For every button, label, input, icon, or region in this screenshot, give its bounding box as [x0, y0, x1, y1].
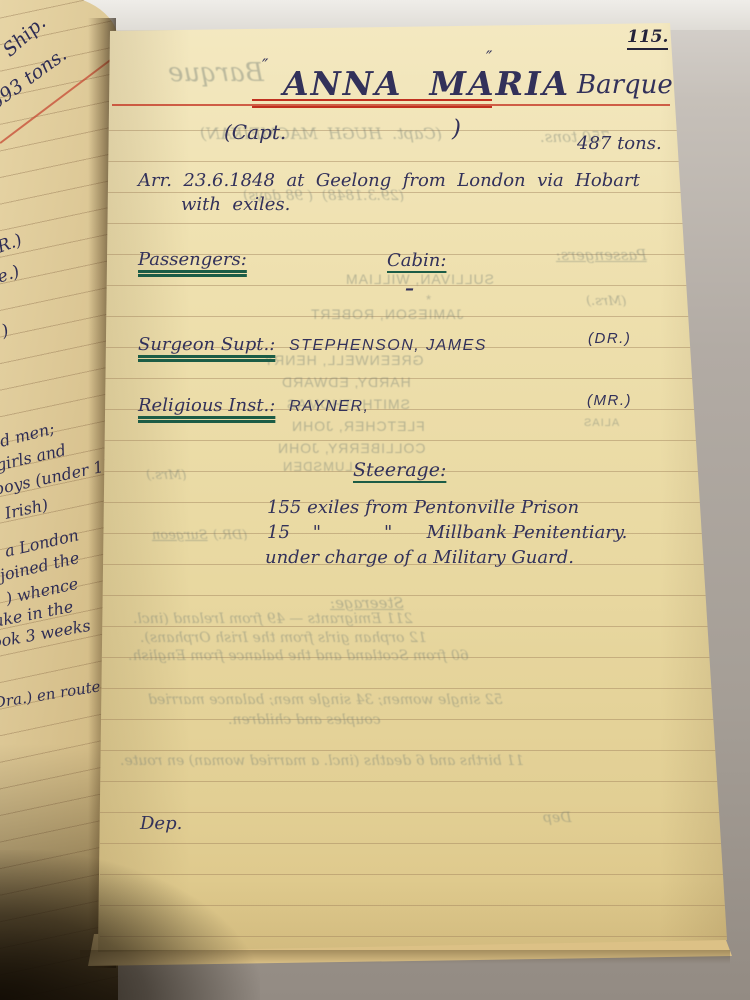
surgeon-supt-title: (DR.) — [588, 330, 631, 347]
religious-inst-title: (MR.) — [587, 392, 632, 409]
captain-close: ) — [452, 116, 461, 142]
left-page-fragment: e.) — [0, 262, 22, 288]
ship-name-underline — [252, 99, 492, 108]
ship-type: Barque — [577, 70, 673, 100]
surgeon-supt-label: Surgeon Supt.: — [138, 334, 275, 355]
bleed-text: couples and children. — [228, 712, 381, 728]
bleed-text: 12 orphan girls from the Irish Orphans). — [140, 630, 427, 646]
cabin-value: – — [405, 278, 414, 299]
left-page-fragment: ) — [0, 321, 11, 342]
steerage-heading: Steerage: — [353, 459, 446, 481]
departure-label: Dep. — [140, 813, 182, 834]
bleed-text: FLETCHER, JOHN — [291, 418, 425, 434]
bleed-text: Passengers: — [556, 246, 647, 264]
ledger-photo: Ship. 693 tons. R.) e.) ) d men; girls a… — [0, 0, 750, 1000]
bleed-text: HARDY, EDWARD — [281, 374, 411, 390]
captain-open: (Capt. — [224, 120, 286, 144]
bleed-text: Barque — [168, 58, 264, 88]
bleed-text: Surgeon — [152, 528, 208, 543]
tonnage: 487 tons. — [577, 133, 662, 154]
bleed-text: * — [425, 292, 431, 307]
bleed-text: ALIAS — [583, 417, 619, 429]
bleed-text: 11 births and 6 deaths (incl. a married … — [120, 753, 524, 769]
left-page-fragment: Irish) — [3, 495, 50, 523]
bleed-text: 211 Emigrants — 49 from Ireland (incl. — [133, 611, 413, 627]
arrival-note-line2: with exiles. — [181, 194, 290, 215]
steerage-line: under charge of a Military Guard. — [265, 547, 574, 568]
surgeon-supt-name: STEPHENSON, JAMES — [289, 337, 487, 355]
bleed-text: 52 single women; 34 single men; balance … — [148, 692, 503, 708]
spine-shadow-corner — [0, 850, 260, 1000]
bleed-text: LUMSDEN — [282, 459, 353, 474]
ship-name: ANNA MARIA — [283, 64, 570, 103]
bleed-text: Dep — [543, 810, 571, 826]
ship-name-open-quote: ″ — [262, 56, 268, 76]
page-number: 115. — [627, 27, 668, 50]
bleed-text: (DR.) — [213, 528, 248, 543]
bleed-text: (Mrs.) — [586, 294, 626, 309]
steerage-line: 155 exiles from Pentonville Prison — [267, 497, 579, 518]
bleed-text: (Mrs.) — [146, 468, 186, 483]
ship-name-close-quote: ″ — [486, 48, 492, 68]
religious-inst-name: RAYNER, — [289, 398, 369, 416]
bleed-text: SULLIVAN, WILLIAM — [345, 271, 494, 287]
bleed-text: 60 from Scotland and the balance from En… — [128, 648, 469, 664]
bleed-text: Steerage: — [330, 594, 404, 612]
left-page-fragment: R.) — [0, 230, 25, 257]
religious-inst-label: Religious Inst.: — [138, 395, 275, 416]
steerage-line: 15 " " Millbank Penitentiary. — [267, 522, 627, 543]
bleed-text: JAMIESON, ROBERT — [310, 306, 463, 322]
passengers-heading: Passengers: — [138, 249, 247, 270]
bleed-text: COLLIBERRY, JOHN — [277, 440, 426, 456]
arrival-note-line1: Arr. 23.6.1848 at Geelong from London vi… — [138, 170, 640, 191]
cabin-heading: Cabin: — [387, 250, 446, 271]
